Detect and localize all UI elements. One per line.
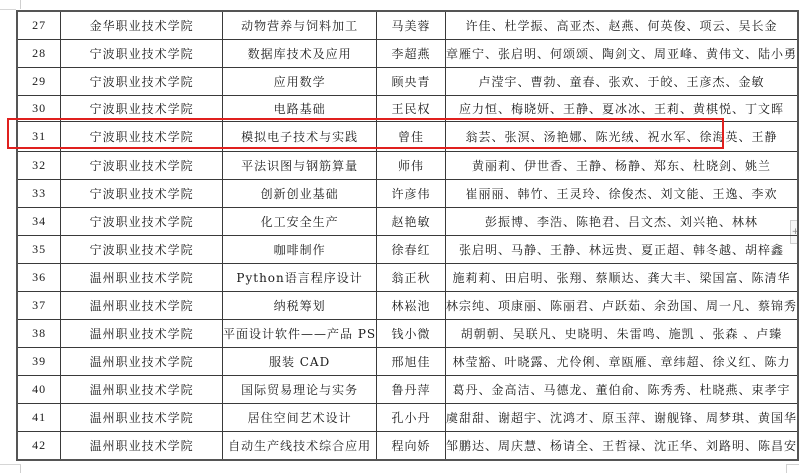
leader-cell: 李超燕 <box>377 40 446 68</box>
row-number-cell: 35 <box>17 236 61 264</box>
school-cell: 金华职业技术学院 <box>61 11 223 40</box>
leader-cell: 鲁丹萍 <box>377 376 446 404</box>
leader-cell: 程向娇 <box>377 432 446 461</box>
leader-cell: 邢旭佳 <box>377 348 446 376</box>
table-row: 33 宁波职业技术学院 创新创业基础 许彦伟 崔丽丽、韩竹、王灵玲、徐俊杰、刘文… <box>17 180 798 208</box>
school-cell: 宁波职业技术学院 <box>61 236 223 264</box>
members-cell: 应力恒、梅晓妍、王静、夏冰冰、王莉、黄棋悦、丁文晖 <box>445 96 798 122</box>
course-cell: Python语言程序设计 <box>223 264 377 292</box>
leader-cell: 徐春红 <box>377 236 446 264</box>
members-cell: 黄丽莉、伊世香、王静、杨静、郑东、杜晓剑、姚兰 <box>445 152 798 180</box>
school-cell: 温州职业技术学院 <box>61 432 223 461</box>
members-cell: 胡朝朝、吴联凡、史晓明、朱雷鸣、施凯 、张森 、卢臻 <box>445 320 798 348</box>
table-row: 27 金华职业技术学院 动物营养与饲料加工 马美蓉 许佳、杜学振、高亚杰、赵燕、… <box>17 11 798 40</box>
table-row: 31 宁波职业技术学院 模拟电子技术与实践 曾佳 翁芸、张溟、汤艳娜、陈光绒、祝… <box>17 122 798 152</box>
school-cell: 宁波职业技术学院 <box>61 40 223 68</box>
members-cell: 林宗纯、项康丽、陈丽君、卢跃茹、余劲国、周一凡、蔡锦秀 <box>445 292 798 320</box>
members-cell: 施莉莉、田启明、张翔、蔡顺达、龚大丰、梁国富、陈清华 <box>445 264 798 292</box>
school-cell: 温州职业技术学院 <box>61 320 223 348</box>
leader-cell: 钱小微 <box>377 320 446 348</box>
row-number-cell: 39 <box>17 348 61 376</box>
members-cell: 崔丽丽、韩竹、王灵玲、徐俊杰、刘文能、王逸、李欢 <box>445 180 798 208</box>
row-number-cell: 38 <box>17 320 61 348</box>
school-cell: 宁波职业技术学院 <box>61 122 223 152</box>
leader-cell: 许彦伟 <box>377 180 446 208</box>
page-corner-mark-bottom-right <box>786 464 799 473</box>
members-cell: 葛丹、金高洁、马德龙、董伯俞、陈秀秀、杜晓燕、束孝宇 <box>445 376 798 404</box>
table-row: 29 宁波职业技术学院 应用数学 顾央青 卢滢宇、曹勃、童春、张欢、于皎、王彦杰… <box>17 68 798 96</box>
school-cell: 宁波职业技术学院 <box>61 208 223 236</box>
course-cell: 创新创业基础 <box>223 180 377 208</box>
course-cell: 电路基础 <box>223 96 377 122</box>
course-cell: 自动生产线技术综合应用 <box>223 432 377 461</box>
row-number-cell: 37 <box>17 292 61 320</box>
row-number-cell: 29 <box>17 68 61 96</box>
course-cell: 应用数学 <box>223 68 377 96</box>
members-cell: 彭振博、李浩、陈艳君、吕文杰、刘兴艳、林林 <box>445 208 798 236</box>
course-cell: 纳税筹划 <box>223 292 377 320</box>
course-cell: 平法识图与钢筋算量 <box>223 152 377 180</box>
row-number-cell: 27 <box>17 11 61 40</box>
table-row: 41 温州职业技术学院 居住空间艺术设计 孔小丹 虞甜甜、谢超宇、沈鸿才、原玉萍… <box>17 404 798 432</box>
leader-cell: 孔小丹 <box>377 404 446 432</box>
table-row: 40 温州职业技术学院 国际贸易理论与实务 鲁丹萍 葛丹、金高洁、马德龙、董伯俞… <box>17 376 798 404</box>
row-number-cell: 41 <box>17 404 61 432</box>
row-number-cell: 30 <box>17 96 61 122</box>
leader-cell: 赵艳敏 <box>377 208 446 236</box>
table-row: 39 温州职业技术学院 服装 CAD 邢旭佳 林莹豁、叶晓露、尤伶俐、章瓯雁、章… <box>17 348 798 376</box>
table-row: 32 宁波职业技术学院 平法识图与钢筋算量 师伟 黄丽莉、伊世香、王静、杨静、郑… <box>17 152 798 180</box>
leader-cell: 师伟 <box>377 152 446 180</box>
course-cell: 平面设计软件——产品 PS <box>223 320 377 348</box>
members-cell: 卢滢宇、曹勃、童春、张欢、于皎、王彦杰、金敏 <box>445 68 798 96</box>
row-number-cell: 32 <box>17 152 61 180</box>
leader-cell: 顾央青 <box>377 68 446 96</box>
leader-cell: 马美蓉 <box>377 11 446 40</box>
table-row: 28 宁波职业技术学院 数据库技术及应用 李超燕 章雁宁、张启明、何颂颂、陶剑文… <box>17 40 798 68</box>
leader-cell: 翁正秋 <box>377 264 446 292</box>
course-cell: 数据库技术及应用 <box>223 40 377 68</box>
school-cell: 温州职业技术学院 <box>61 348 223 376</box>
course-team-table: 27 金华职业技术学院 动物营养与饲料加工 马美蓉 许佳、杜学振、高亚杰、赵燕、… <box>16 10 799 461</box>
row-number-cell: 36 <box>17 264 61 292</box>
course-cell: 模拟电子技术与实践 <box>223 122 377 152</box>
table-row: 35 宁波职业技术学院 咖啡制作 徐春红 张启明、马静、王静、林远贵、夏正超、韩… <box>17 236 798 264</box>
page-corner-mark-bottom <box>0 464 21 473</box>
course-cell: 动物营养与饲料加工 <box>223 11 377 40</box>
course-cell: 服装 CAD <box>223 348 377 376</box>
page-margin-line-top <box>0 9 16 10</box>
leader-cell: 林崧池 <box>377 292 446 320</box>
members-cell: 张启明、马静、王静、林远贵、夏正超、韩冬越、胡梓鑫 <box>445 236 798 264</box>
leader-cell: 王民权 <box>377 96 446 122</box>
course-cell: 居住空间艺术设计 <box>223 404 377 432</box>
table-row: 42 温州职业技术学院 自动生产线技术综合应用 程向娇 邹鹏达、周庆慧、杨请全、… <box>17 432 798 461</box>
row-number-cell: 34 <box>17 208 61 236</box>
school-cell: 宁波职业技术学院 <box>61 68 223 96</box>
school-cell: 温州职业技术学院 <box>61 376 223 404</box>
members-cell: 虞甜甜、谢超宇、沈鸿才、原玉萍、谢舰锋、周梦琪、黄国华 <box>445 404 798 432</box>
row-number-cell: 40 <box>17 376 61 404</box>
school-cell: 宁波职业技术学院 <box>61 96 223 122</box>
leader-cell: 曾佳 <box>377 122 446 152</box>
table-row: 30 宁波职业技术学院 电路基础 王民权 应力恒、梅晓妍、王静、夏冰冰、王莉、黄… <box>17 96 798 122</box>
table-row: 34 宁波职业技术学院 化工安全生产 赵艳敏 彭振博、李浩、陈艳君、吕文杰、刘兴… <box>17 208 798 236</box>
row-number-cell: 31 <box>17 122 61 152</box>
members-cell: 章雁宁、张启明、何颂颂、陶剑文、周亚峰、黄伟文、陆小勇 <box>445 40 798 68</box>
row-number-cell: 33 <box>17 180 61 208</box>
course-cell: 国际贸易理论与实务 <box>223 376 377 404</box>
row-number-cell: 28 <box>17 40 61 68</box>
school-cell: 宁波职业技术学院 <box>61 180 223 208</box>
school-cell: 温州职业技术学院 <box>61 264 223 292</box>
table-row: 38 温州职业技术学院 平面设计软件——产品 PS 钱小微 胡朝朝、吴联凡、史晓… <box>17 320 798 348</box>
school-cell: 温州职业技术学院 <box>61 292 223 320</box>
members-cell: 翁芸、张溟、汤艳娜、陈光绒、祝水军、徐海英、王静 <box>445 122 798 152</box>
members-cell: 林莹豁、叶晓露、尤伶俐、章瓯雁、章纬超、徐义红、陈力 <box>445 348 798 376</box>
members-cell: 邹鹏达、周庆慧、杨请全、王哲禄、沈正华、刘路明、陈昌安 <box>445 432 798 461</box>
table-row: 36 温州职业技术学院 Python语言程序设计 翁正秋 施莉莉、田启明、张翔、… <box>17 264 798 292</box>
school-cell: 宁波职业技术学院 <box>61 152 223 180</box>
row-number-cell: 42 <box>17 432 61 461</box>
course-cell: 咖啡制作 <box>223 236 377 264</box>
course-cell: 化工安全生产 <box>223 208 377 236</box>
school-cell: 温州职业技术学院 <box>61 404 223 432</box>
page-corner-mark-top <box>0 0 21 9</box>
table-row: 37 温州职业技术学院 纳税筹划 林崧池 林宗纯、项康丽、陈丽君、卢跃茹、余劲国… <box>17 292 798 320</box>
members-cell: 许佳、杜学振、高亚杰、赵燕、何英俊、项云、吴长金 <box>445 11 798 40</box>
